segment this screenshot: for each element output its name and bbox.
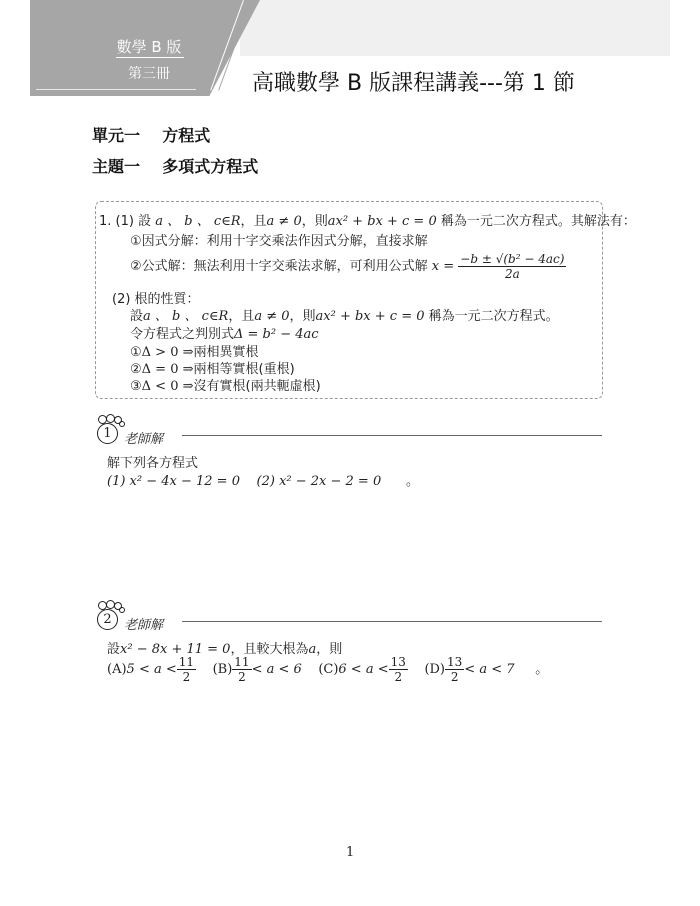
page-title: 高職數學 B 版課程講義---第 1 節: [252, 66, 575, 97]
option-a: (A)5 < a <112: [107, 662, 196, 677]
bubble-icon: [119, 607, 125, 613]
topic-name: 多項式方程式: [162, 157, 258, 176]
unit-heading: 單元一 方程式: [92, 123, 210, 146]
example-options: (A)5 < a <112 (B)112< a < 6 (C)6 < a <13…: [107, 655, 548, 684]
case-negative: ③Δ < 0 ⇒沒有實根(兩共軛虛根): [130, 375, 321, 394]
bubble-icon: [119, 421, 125, 427]
example-rule: [182, 621, 602, 622]
page-number: 1: [346, 845, 354, 860]
volume-label: 第三冊: [116, 63, 182, 83]
topic-heading: 主題一 多項式方程式: [92, 154, 258, 177]
example-prompt: 解下列各方程式: [107, 452, 198, 471]
method-formula: ②公式解：無法利用十字交乘法求解，可利用公式解 x = −b ± √(b² − …: [130, 252, 566, 281]
discriminant-line: 令方程式之判別式Δ = b² − 4ac: [130, 323, 319, 342]
header-light-band: [240, 0, 670, 56]
example-number-badge: 1: [97, 423, 118, 444]
method-factoring: ①因式分解：利用十字交乘法作因式分解，直接求解: [130, 230, 428, 249]
book-name: 數學 B 版: [116, 36, 182, 57]
header-underline: [36, 89, 196, 90]
summary-item1: 1. (1) 設 a 、 b 、 c∈R，且a ≠ 0，則ax² + bx + …: [99, 210, 636, 229]
option-d: (D)132< a < 7: [424, 662, 514, 677]
example-parts: (1) x² − 4x − 12 = 0 (2) x² − 2x − 2 = 0…: [107, 470, 419, 489]
option-b: (B)112< a < 6: [213, 662, 302, 677]
topic-label: 主題一: [92, 157, 140, 176]
unit-label: 單元一: [92, 126, 140, 145]
example-rule: [182, 435, 602, 436]
book-name-underline: [116, 57, 184, 58]
roots-line1: 1. (1) 設設a 、 b 、 c∈R，且a ≠ 0，則ax² + bx + …: [130, 305, 559, 324]
teacher-solution-label: 老師解: [124, 428, 163, 447]
unit-name: 方程式: [162, 126, 210, 145]
quadratic-formula-fraction: −b ± √(b² − 4ac) 2a: [458, 252, 566, 281]
option-c: (C)6 < a <132: [318, 662, 408, 677]
example-number-badge: 2: [97, 609, 118, 630]
teacher-solution-label: 老師解: [124, 614, 163, 633]
